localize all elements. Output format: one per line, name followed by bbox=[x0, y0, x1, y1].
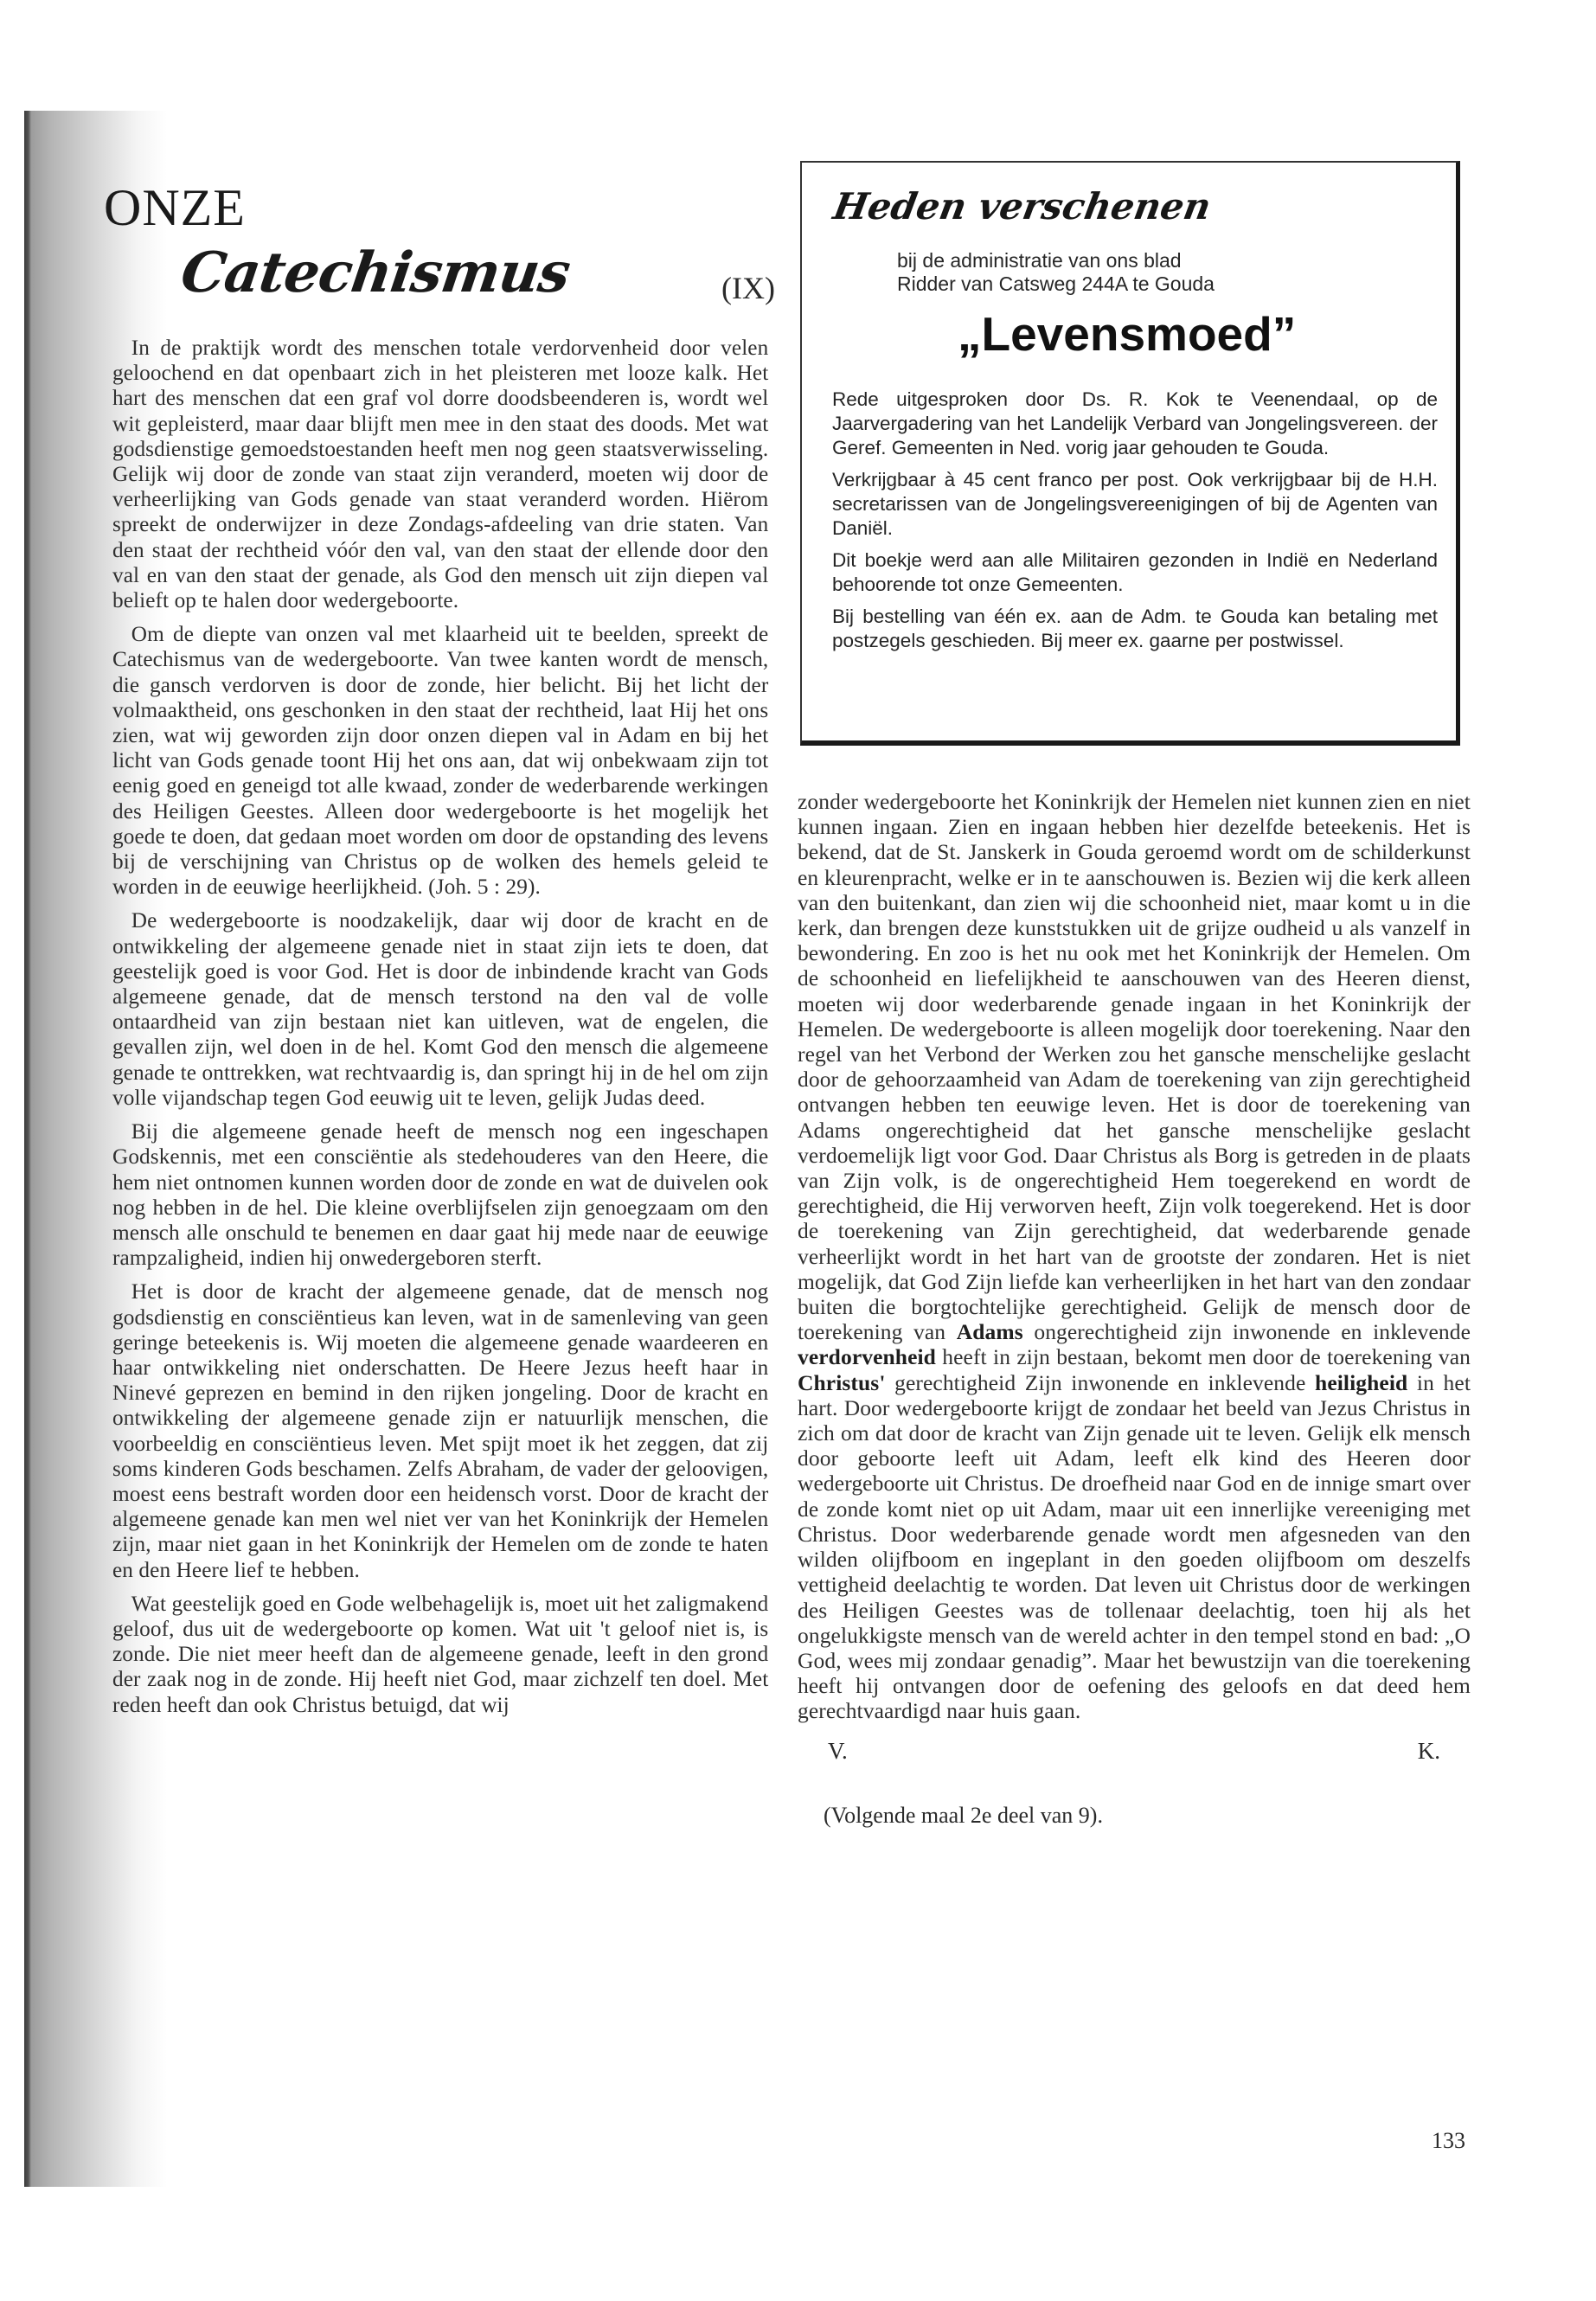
continuation-note: (Volgende maal 2e deel van 9). bbox=[824, 1803, 1471, 1829]
ad-paragraph: Dit boekje werd aan alle Militairen gezo… bbox=[832, 548, 1438, 597]
article-paragraph: Het is door de kracht der algemeene gena… bbox=[112, 1279, 768, 1581]
ad-address-line: Ridder van Catsweg 244A te Gouda bbox=[897, 272, 1215, 296]
article-paragraph: Wat geestelijk goed en Gode welbehagelij… bbox=[112, 1591, 768, 1717]
bold-word: verdorvenheid bbox=[798, 1344, 936, 1369]
article-paragraph: Om de diepte van onzen val met klaarheid… bbox=[112, 621, 768, 899]
article-paragraph: In de praktijk wordt des menschen totale… bbox=[112, 335, 768, 612]
ad-body: Rede uitgesproken door Ds. R. Kok te Vee… bbox=[832, 388, 1438, 653]
text-run: ongerechtigheid zijn inwonende en inklev… bbox=[1023, 1319, 1471, 1344]
article-part-number: (IX) bbox=[721, 270, 775, 306]
advertisement-box: Heden verschenen bij de administratie va… bbox=[800, 161, 1460, 746]
ad-address-line: bij de administratie van ons blad bbox=[897, 249, 1215, 272]
text-run: zonder wedergeboorte het Koninkrijk der … bbox=[798, 789, 1471, 1344]
ad-paragraph: Rede uitgesproken door Ds. R. Kok te Vee… bbox=[832, 388, 1438, 460]
bold-word: heiligheid bbox=[1315, 1370, 1407, 1395]
article-paragraph: De wedergeboorte is noodzakelijk, daar w… bbox=[112, 907, 768, 1110]
article-paragraph: Bij die algemeene genade heeft de mensch… bbox=[112, 1118, 768, 1270]
bold-word: Adams bbox=[957, 1319, 1023, 1344]
author-signature: V. K. bbox=[798, 1738, 1471, 1765]
left-article-body: In de praktijk wordt des menschen totale… bbox=[112, 335, 768, 1717]
signature-initial-right: K. bbox=[1418, 1738, 1440, 1765]
ad-paragraph: Bij bestelling van één ex. aan de Adm. t… bbox=[832, 605, 1438, 653]
article-title-catechismus: Catechismus bbox=[177, 240, 574, 305]
article-title-row: Catechismus (IX) bbox=[112, 240, 775, 323]
text-run: in het hart. Door wedergeboorte krijgt d… bbox=[798, 1370, 1471, 1724]
ad-paragraph: Verkrijgbaar à 45 cent franco per post. … bbox=[832, 468, 1438, 541]
text-run: gerechtigheid Zijn inwonende en inkleven… bbox=[886, 1370, 1316, 1395]
page-number: 133 bbox=[1432, 2128, 1465, 2154]
article-paragraph: zonder wedergeboorte het Koninkrijk der … bbox=[798, 789, 1471, 1724]
right-column: zonder wedergeboorte het Koninkrijk der … bbox=[798, 789, 1471, 1829]
signature-initial-left: V. bbox=[828, 1738, 848, 1765]
right-article-body: zonder wedergeboorte het Koninkrijk der … bbox=[798, 789, 1471, 1724]
ad-book-title: „Levensmoed” bbox=[958, 306, 1296, 362]
left-column: ONZE Catechismus (IX) In de praktijk wor… bbox=[112, 164, 775, 1717]
text-run: heeft in zijn bestaan, bekomt men door d… bbox=[936, 1344, 1471, 1369]
ad-heading: Heden verschenen bbox=[830, 185, 1215, 228]
bold-word: Christus' bbox=[798, 1370, 886, 1395]
article-title-onze: ONZE bbox=[104, 182, 775, 234]
ad-address: bij de administratie van ons blad Ridder… bbox=[897, 249, 1215, 296]
